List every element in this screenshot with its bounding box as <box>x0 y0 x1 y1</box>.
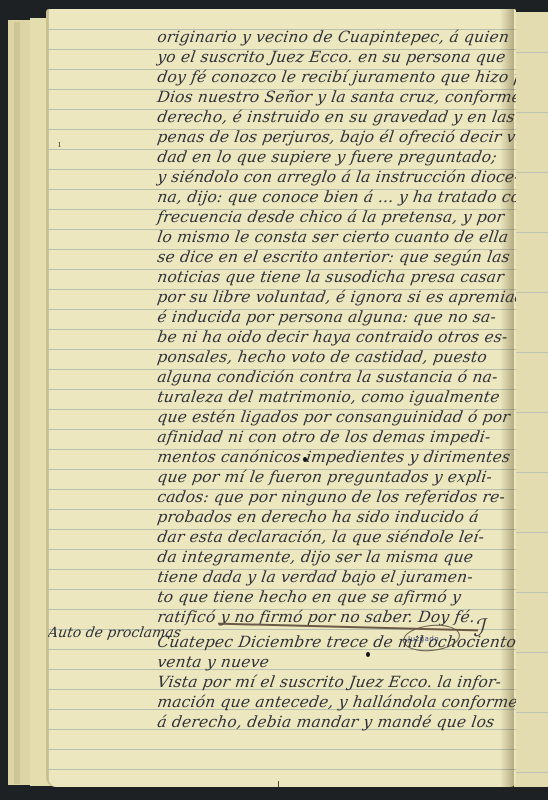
text-line: Dios nuestro Señor y la santa cruz, conf… <box>156 87 514 107</box>
text-line: alguna condición contra la sustancia ó n… <box>156 367 514 387</box>
text-line: penas de los perjuros, bajo él ofreció d… <box>156 127 514 147</box>
binding-shadow <box>500 9 514 787</box>
text-line: yo el suscrito Juez Ecco. en su persona … <box>156 47 514 67</box>
text-line: lo mismo le consta ser cierto cuanto de … <box>156 227 514 247</box>
text-line: to que tiene hecho en que se afirmó y <box>156 587 514 607</box>
text-line: ratificó y no firmó por no saber. Doy fé… <box>156 607 514 627</box>
text-line: é inducida por persona alguna: que no sa… <box>156 307 514 327</box>
text-line: que por mí le fueron preguntados y expli… <box>156 467 514 487</box>
text-line: doy fé conozco le recibí juramento que h… <box>156 67 514 87</box>
text-line: dar esta declaración, la que siéndole le… <box>156 527 514 547</box>
text-line: originario y vecino de Cuapintepec, á qu… <box>156 27 514 47</box>
text-line: turaleza del matrimonio, como igualmente <box>156 387 514 407</box>
facing-page <box>512 12 548 787</box>
document-scan: ı 4 originario y vecino de Cuapintepec, … <box>0 0 548 800</box>
text-line: dad en lo que supiere y fuere preguntado… <box>156 147 514 167</box>
text-line: se dice en el escrito anterior: que segú… <box>156 247 514 267</box>
text-line: noticias que tiene la susodicha presa ca… <box>156 267 514 287</box>
text-line: mentos canónicos impedientes y dirimente… <box>156 447 514 467</box>
margin-tick: ı <box>58 139 61 150</box>
ink-spot <box>303 457 307 462</box>
page-tick <box>278 781 279 787</box>
text-line: na, dijo: que conoce bien á ... y ha tra… <box>156 187 514 207</box>
auto-line: Cuatepec Diciembre trece de mil ochocien… <box>156 632 514 652</box>
text-line: derecho, é instruido en su gravedad y en… <box>156 107 514 127</box>
page-edge-stack-inner <box>14 22 20 784</box>
text-line: por su libre voluntad, é ignora si es ap… <box>156 287 514 307</box>
text-line: afinidad ni con otro de los demas impedi… <box>156 427 514 447</box>
text-line: da integramente, dijo ser la misma que <box>156 547 514 567</box>
text-line: be ni ha oido decir haya contraido otros… <box>156 327 514 347</box>
text-line: y siéndolo con arreglo á la instrucción … <box>156 167 514 187</box>
auto-line: á derecho, debia mandar y mandé que los <box>156 712 514 732</box>
text-line: frecuencia desde chico á la pretensa, y … <box>156 207 514 227</box>
ledger-page: ı 4 originario y vecino de Cuapintepec, … <box>48 9 516 787</box>
auto-line: mación que antecede, y hallándola confor… <box>156 692 514 712</box>
text-line: cados: que por ninguno de los referidos … <box>156 487 514 507</box>
text-line: probados en derecho ha sido inducido á <box>156 507 514 527</box>
auto-line: venta y nueve <box>156 652 514 672</box>
text-line: que estén ligados por consanguinidad ó p… <box>156 407 514 427</box>
page-margin <box>48 9 49 787</box>
text-line: ponsales, hecho voto de castidad, puesto <box>156 347 514 367</box>
ink-spot <box>366 652 370 657</box>
text-line: tiene dada y la verdad bajo el juramen- <box>156 567 514 587</box>
auto-line: Vista por mí el suscrito Juez Ecco. la i… <box>156 672 514 692</box>
